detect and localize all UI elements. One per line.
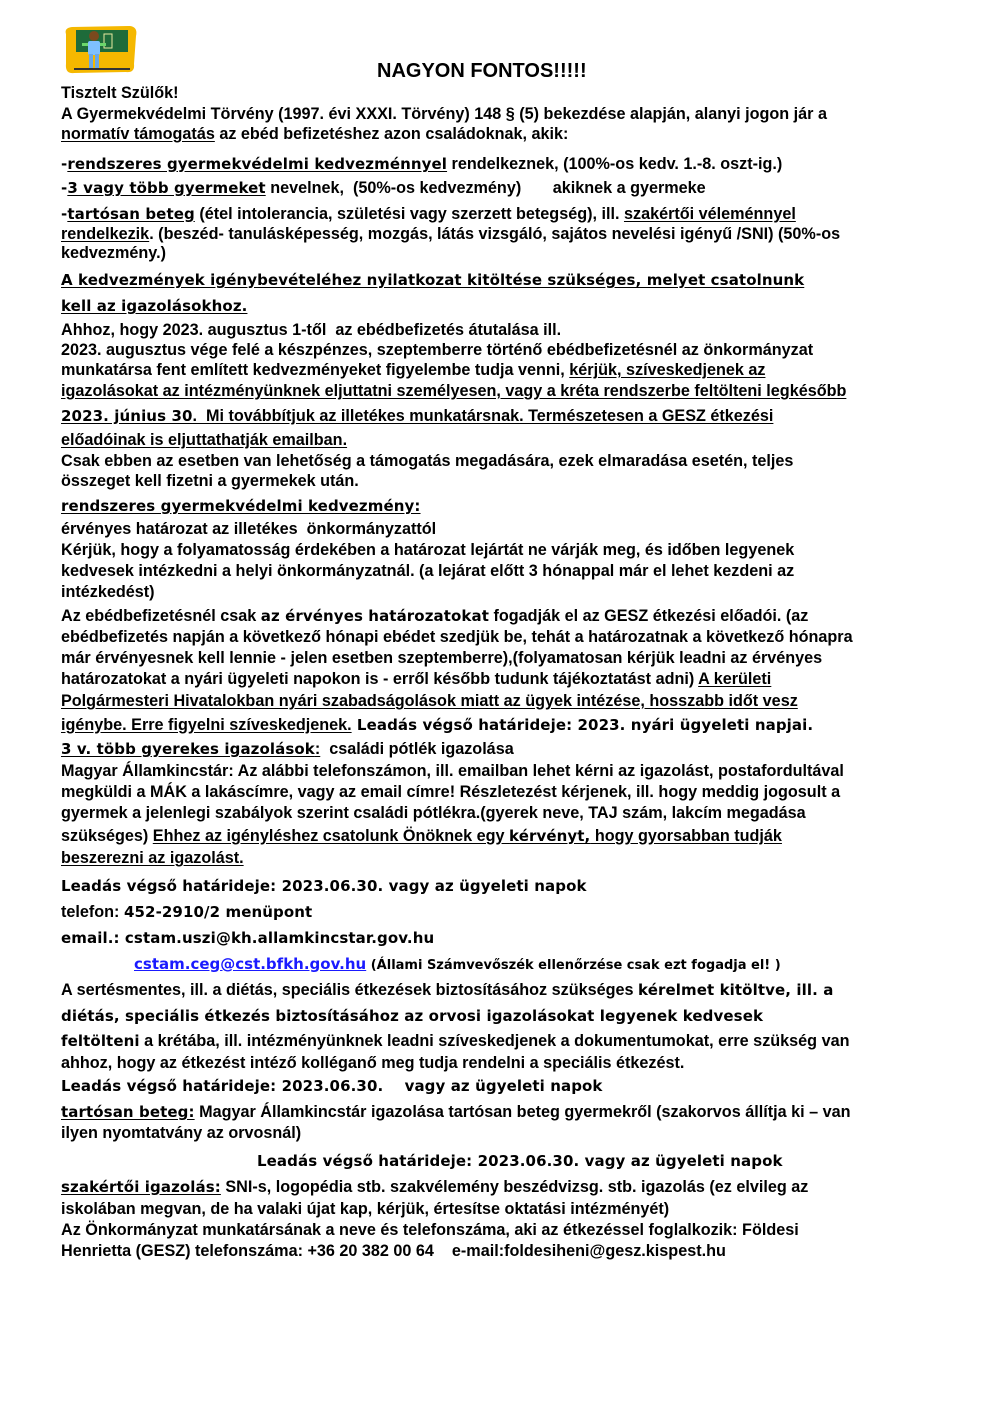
text-line: Az ebédbefizetésnél csak az érvényes hat… (61, 607, 808, 626)
text-span: családi pótlék igazolása (320, 740, 513, 758)
text-line: kedvesek intézkedni a helyi önkormányzat… (61, 562, 794, 581)
text-span: SNI-s, logopédia stb. szakvélemény beszé… (221, 1178, 808, 1196)
text-line: összeget kell fizetni a gyermekek után. (61, 472, 359, 491)
text-line: Kérjük, hogy a folyamatosság érdekében a… (61, 541, 794, 560)
text-line: kedvezmény.) (61, 244, 166, 263)
text-span: Az ebédbefizetésnél csak (61, 607, 261, 625)
text-span: szükséges) (61, 827, 153, 845)
text-span: . (beszéd- tanulásképesség, mozgás, látá… (149, 225, 840, 243)
list-item-rgyk: -rendszeres gyermekvédelmi kedvezménnyel… (61, 155, 782, 174)
text-line: intézkedést) (61, 583, 155, 602)
text-span: . Mi továbbítjuk az illetékes munkatársn… (193, 407, 774, 425)
text-line: ebédbefizetés napján a következő hónapi … (61, 628, 853, 647)
declaration-notice-cont: kell az igazolásokhoz. (61, 297, 247, 316)
text-span: nevelnek, (50%-os kedvezmény) akiknek a … (266, 179, 706, 197)
page-title: NAGYON FONTOS!!!!! (377, 60, 587, 83)
deadline-line: igénybe. Erre figyelni szíveskedjenek. L… (61, 716, 813, 735)
declaration-notice: A kedvezmények igénybevételéhez nyilatko… (61, 271, 804, 290)
deadline-line: Leadás végső határideje: 2023.06.30. vag… (61, 877, 587, 896)
text-line: Az Önkormányzat munkatársának a neve és … (61, 1221, 799, 1240)
text-line: 2023. augusztus vége felé a készpénzes, … (61, 341, 813, 360)
deadline-line: Leadás végső határideje: 2023.06.30. vag… (61, 1077, 603, 1096)
text-span: A kerületi (698, 670, 771, 688)
text-span: telefon: (61, 903, 124, 921)
text-span: igénybe. Erre figyelni szíveskedjenek. (61, 716, 352, 734)
text-line: gyermek a jelenlegi szabályok szerint cs… (61, 804, 806, 823)
text-line: iskolában megvan, de ha valaki újat kap,… (61, 1200, 669, 1219)
phone-line: telefon: 452-2910/2 menüpont (61, 903, 312, 922)
text-line: igazolásokat az intézményünknek eljuttat… (61, 382, 846, 401)
text-span: a krétába, ill. intézményünknek leadni s… (140, 1032, 850, 1050)
text-span: A sertésmentes, ill. a diétás, speciális… (61, 981, 638, 999)
text-span: hogy gyorsabban tudják (590, 827, 782, 845)
text-line: Ahhoz, hogy 2023. augusztus 1-től az ebé… (61, 321, 561, 340)
text-line: Polgármesteri Hivatalokban nyári szabads… (61, 692, 798, 711)
contact-line: Henrietta (GESZ) telefonszáma: +36 20 38… (61, 1242, 726, 1261)
text-span: az ebéd befizetéshez azon családoknak, a… (215, 125, 569, 143)
normativ-support: normatív támogatás (61, 125, 215, 143)
text-line: diétás, speciális étkezés biztosításához… (61, 1007, 763, 1026)
text-line: ilyen nyomtatvány az orvosnál) (61, 1124, 301, 1143)
list-item-three-children: -3 vagy több gyermeket nevelnek, (50%-os… (61, 179, 706, 198)
teacher-clipart-logo (60, 24, 140, 76)
text-line: érvényes határozat az illetékes önkormán… (61, 520, 436, 539)
salutation: Tisztelt Szülők! (61, 84, 179, 103)
deadline-text: Leadás végső határideje: 2023. nyári ügy… (352, 716, 814, 734)
text-span: rendelkezik (61, 225, 149, 243)
text-span: az érvényes határozatokat (261, 607, 489, 625)
phone-number: 452-2910/2 menüpont (124, 903, 312, 921)
text-span: munkatársa fent említett kedvezményeket … (61, 361, 569, 379)
text-line: Csak ebben az esetben van lehetőség a tá… (61, 452, 793, 471)
email-line-2: cstam.ceg@cst.bfkh.gov.hu (Állami Számve… (134, 955, 781, 975)
text-span: szakértői igazolás: (61, 1178, 221, 1196)
chronic-label: tartósan beteg (67, 205, 195, 223)
text-span: feltölteni (61, 1032, 140, 1050)
deadline-line: Leadás végső határideje: 2023.06.30. vag… (257, 1152, 783, 1171)
list-item-chronic: -tartósan beteg (étel intolerancia, szül… (61, 205, 796, 224)
text-span: fogadják el az GESZ étkezési előadói. (a… (489, 607, 808, 625)
section-heading-three-children: 3 v. több gyerekes igazolások: családi p… (61, 740, 514, 759)
rgyk-label: rendszeres gyermekvédelmi kedvezménnyel (67, 155, 447, 173)
text-line: Magyar Államkincstár: Az alábbi telefons… (61, 762, 844, 781)
text-span: határozatokat a nyári ügyeleti napokon i… (61, 670, 698, 688)
text-line: előadóinak is eljuttathatják emailban. (61, 431, 347, 450)
section-chronic: tartósan beteg: Magyar Államkincstár iga… (61, 1103, 850, 1122)
text-span: (Állami Számvevőszék ellenőrzése csak ez… (366, 958, 781, 973)
text-line: már érvényesnek kell lennie - jelen eset… (61, 649, 822, 668)
text-span: kérelmet kitöltve, ill. a (638, 981, 833, 999)
expert-opinion: szakértői véleménnyel (624, 205, 796, 223)
deadline-date: 2023. június 30 (61, 407, 193, 425)
text-span: Ehhez az igényléshez csatolunk Önöknek e… (153, 827, 509, 845)
text-line: A sertésmentes, ill. a diétás, speciális… (61, 981, 833, 1000)
text-line: megküldi a MÁK a lakáscímre, vagy az ema… (61, 783, 840, 802)
text-line: szükséges) Ehhez az igényléshez csatolun… (61, 827, 782, 846)
law-reference: A Gyermekvédelmi Törvény (1997. évi XXXI… (61, 105, 827, 124)
text-span: tartósan beteg: (61, 1103, 195, 1121)
email-link[interactable]: cstam.ceg@cst.bfkh.gov.hu (134, 955, 366, 973)
text-line: munkatársa fent említett kedvezményeket … (61, 361, 765, 380)
section-heading-rgyk: rendszeres gyermekvédelmi kedvezmény: (61, 497, 421, 516)
section-expert: szakértői igazolás: SNI-s, logopédia stb… (61, 1178, 808, 1197)
text-line: ahhoz, hogy az étkezést intéző kolléganő… (61, 1054, 684, 1073)
email-line: email.: cstam.uszi@kh.allamkincstar.gov.… (61, 929, 434, 948)
text-line: feltölteni a krétába, ill. intézményünkn… (61, 1032, 849, 1051)
text-span: (étel intolerancia, születési vagy szerz… (195, 205, 624, 223)
text-span: kérjük, szíveskedjenek az (569, 361, 765, 379)
request-form: kérvényt, (509, 827, 590, 845)
text-line: normatív támogatás az ebéd befizetéshez … (61, 125, 568, 144)
text-span: Magyar Államkincstár igazolása tartósan … (195, 1103, 851, 1121)
three-children-label: 3 vagy több gyermeket (67, 179, 265, 197)
text-line: beszerezni az igazolást. (61, 849, 244, 868)
text-span: rendelkeznek, (100%-os kedv. 1.-8. oszt-… (447, 155, 782, 173)
text-line: rendelkezik. (beszéd- tanulásképesség, m… (61, 225, 840, 244)
text-line: határozatokat a nyári ügyeleti napokon i… (61, 670, 771, 689)
deadline-line: 2023. június 30. Mi továbbítjuk az illet… (61, 407, 773, 426)
text-span: 3 v. több gyerekes igazolások (61, 740, 315, 758)
